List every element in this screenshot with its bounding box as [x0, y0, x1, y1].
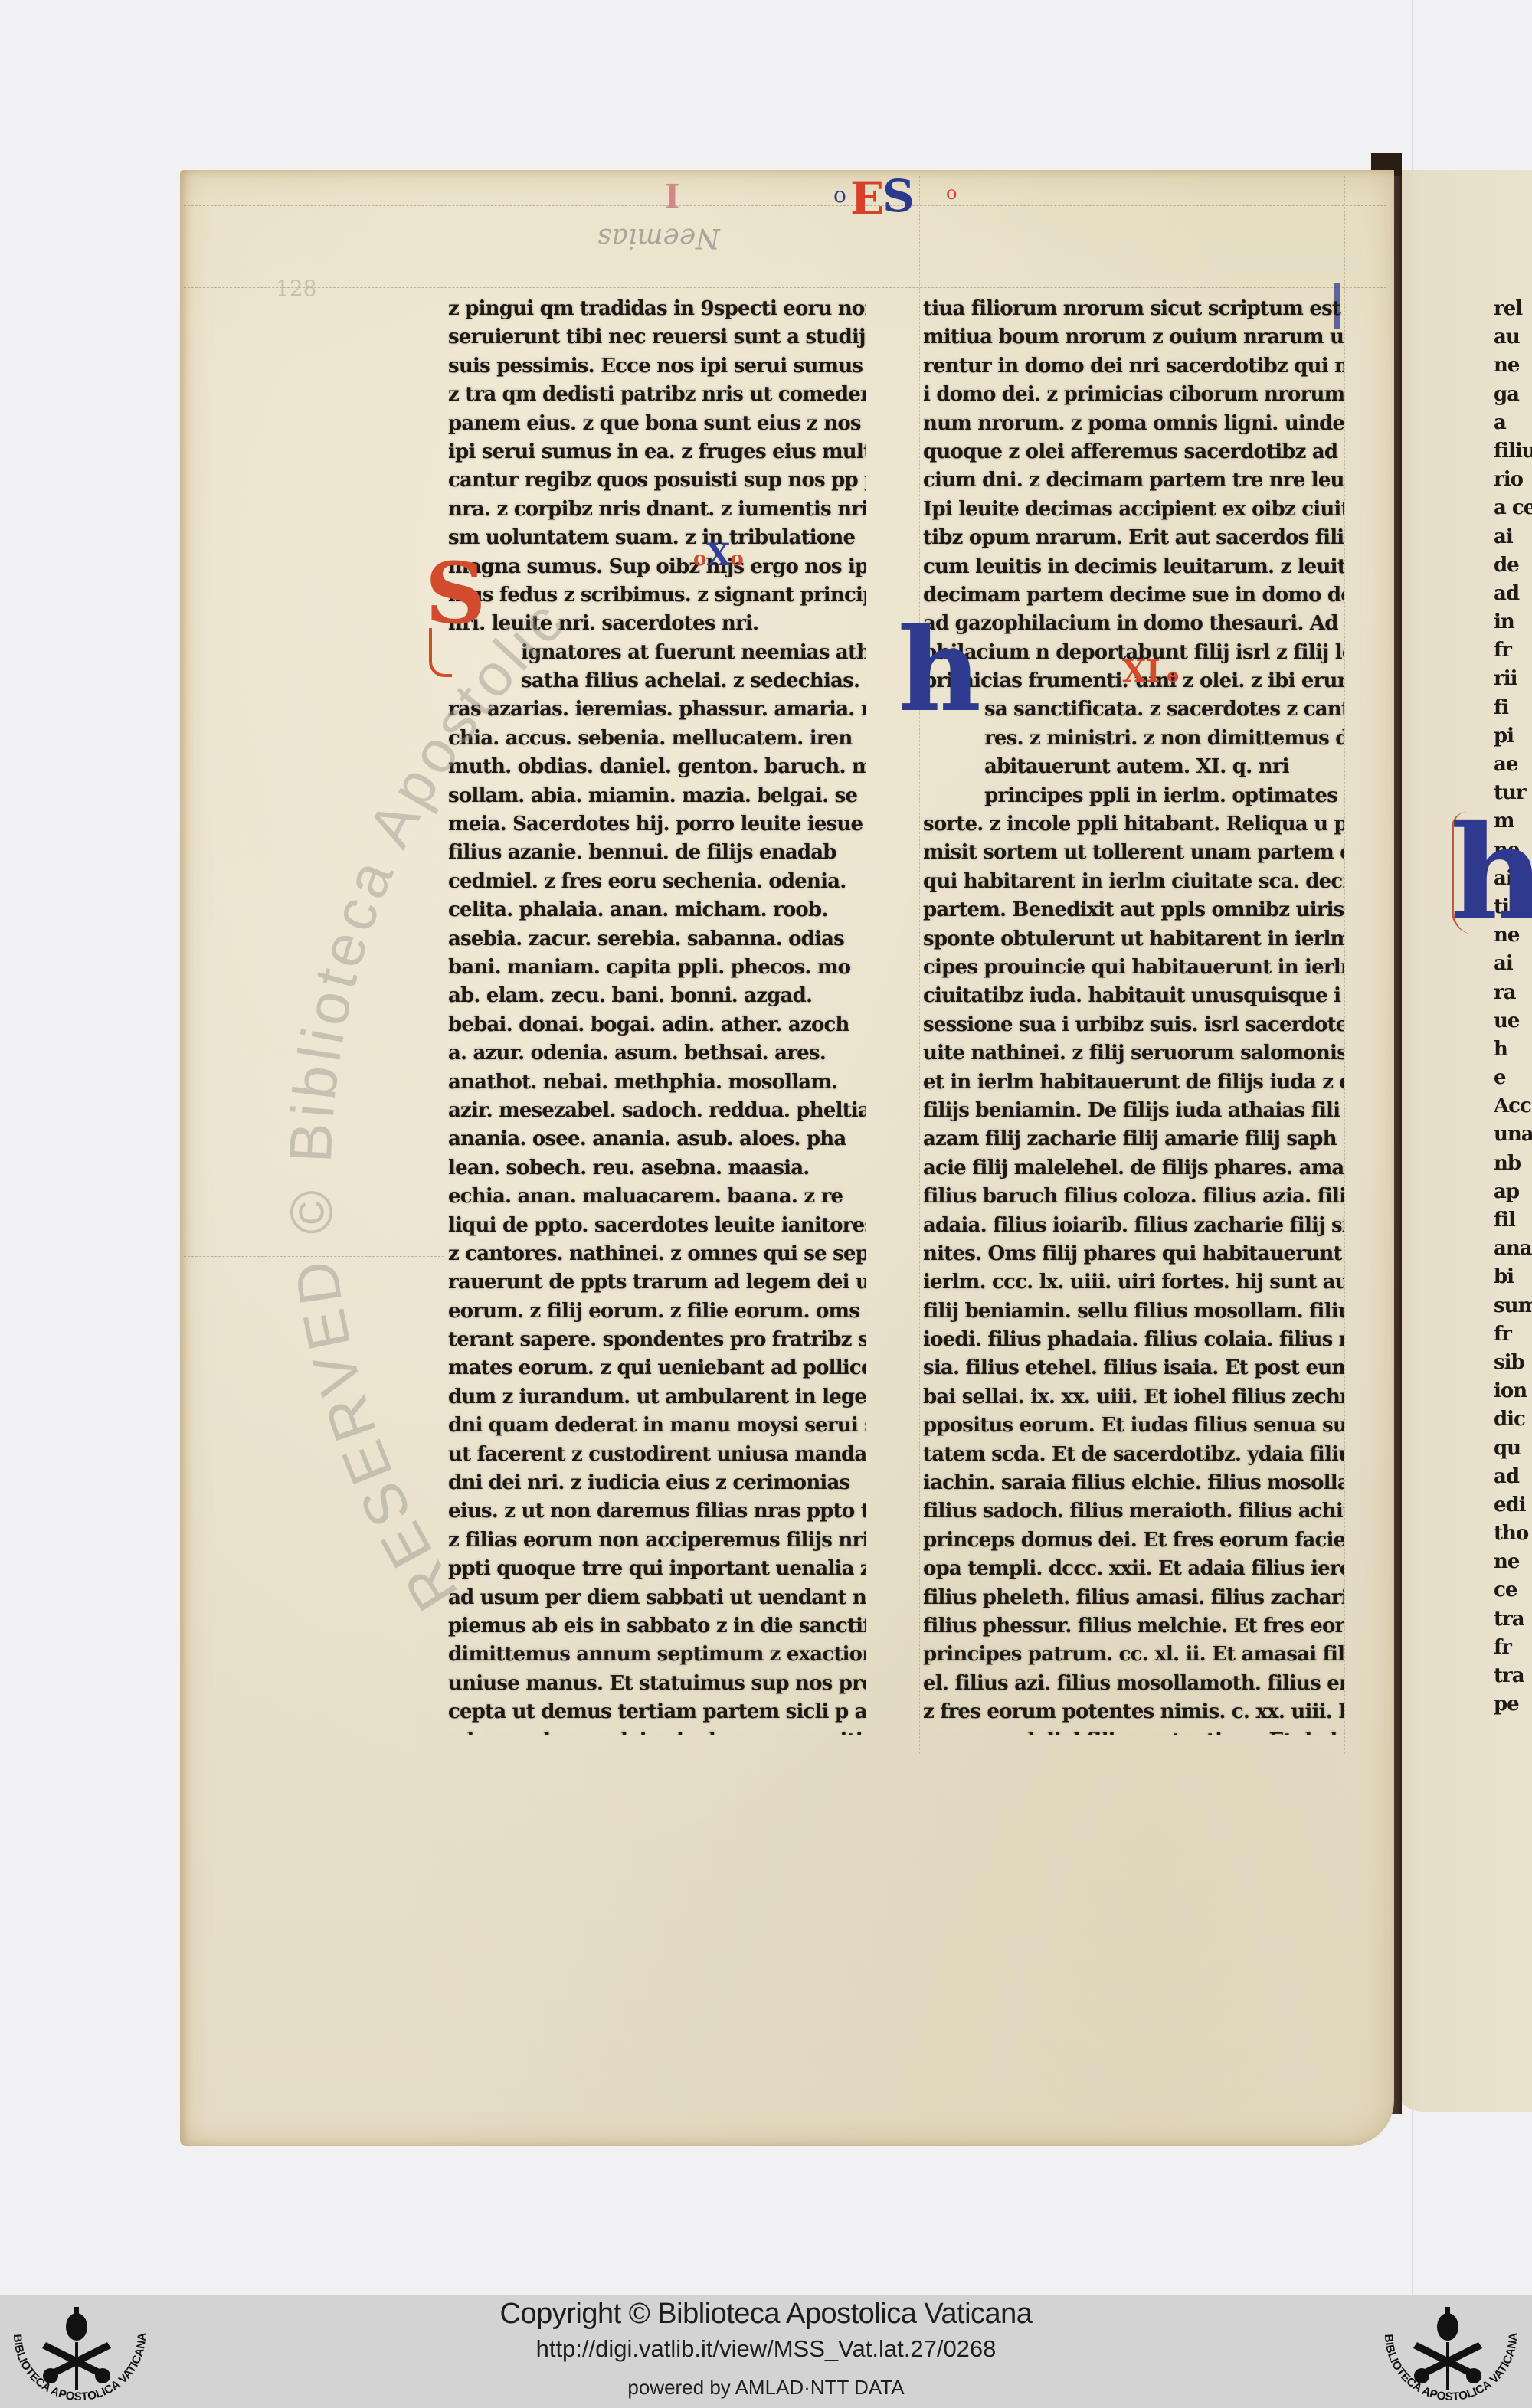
adjacent-leaf-line: ne [1494, 352, 1532, 380]
adjacent-initial-h: h [1450, 808, 1532, 938]
manuscript-line: ad opus domus dei nri ad panes pposition… [448, 1727, 866, 1735]
manuscript-line: panem eius. z que bona sunt eius z nos [448, 410, 866, 438]
running-header-letter-e: E [850, 172, 884, 224]
manuscript-line: dni quam dederat in manu moysi serui sui [448, 1412, 866, 1440]
manuscript-line: bebai. donai. bogai. adin. ather. azoch [448, 1011, 866, 1039]
adjacent-leaf-text: relaunegaafiliurioa ceaideadinfrriifipia… [1494, 295, 1532, 1719]
adjacent-leaf-line: edi [1494, 1491, 1532, 1520]
adjacent-leaf-line: tho [1494, 1520, 1532, 1548]
decorated-initial-s: S [425, 551, 486, 636]
manuscript-line: bani. maniam. capita ppli. phecos. mo [448, 954, 866, 982]
adjacent-leaf-line: fi [1494, 694, 1532, 722]
manuscript-line: bai sellai. ix. xx. uiii. Et iohel filiu… [923, 1383, 1344, 1412]
chapter-label: X [706, 537, 730, 573]
adjacent-leaf-line: in [1494, 608, 1532, 636]
svg-text:BIBLIOTECA APOSTOLICA VATICANA: BIBLIOTECA APOSTOLICA VATICANA [11, 2332, 149, 2403]
ruling-line [919, 176, 920, 1754]
ruling-line [184, 1745, 1386, 1745]
manuscript-line: filius azanie. bennui. de filijs enadab [448, 839, 866, 867]
manuscript-line: quoque z olei afferemus sacerdotibz ad g… [923, 438, 1344, 466]
manuscript-line: partem. Benedixit aut ppls omnibz uiris … [923, 896, 1344, 924]
manuscript-line: sollam. abia. miamin. mazia. belgai. se [448, 782, 866, 810]
running-header-letter-s: S [882, 170, 915, 222]
manuscript-line: mitiua boum nrorum z ouium nrarum ut off… [923, 323, 1344, 352]
adjacent-leaf-line: una [1494, 1121, 1532, 1149]
manuscript-line: misit sortem ut tollerent unam partem de… [923, 839, 1344, 867]
adjacent-leaf-line: tra [1494, 1662, 1532, 1690]
ruling-line [447, 176, 447, 1754]
manuscript-line: piemus ab eis in sabbato z in die sancti… [448, 1612, 866, 1641]
text-column-left: z pingui qm tradidas in 9specti eoru non… [448, 295, 866, 1735]
adjacent-leaf-line: ce [1494, 1576, 1532, 1605]
adjacent-leaf-line: ai [1494, 950, 1532, 978]
adjacent-leaf-line: ga [1494, 381, 1532, 409]
adjacent-leaf-line: ad [1494, 580, 1532, 608]
ornament-dot: o [693, 548, 706, 571]
manuscript-line: dum z iurandum. ut ambularent in lege [448, 1383, 866, 1412]
manuscript-line: z pingui qm tradidas in 9specti eoru non [448, 295, 866, 323]
manuscript-line: ierlm. ccc. lx. uiii. uiri fortes. hij s… [923, 1268, 1344, 1297]
svg-text:BIBLIOTECA APOSTOLICA VATICANA: BIBLIOTECA APOSTOLICA VATICANA [1382, 2332, 1520, 2403]
adjacent-leaf-line: pi [1494, 722, 1532, 751]
manuscript-line: ignatores at fuerunt neemias ather [448, 639, 866, 667]
manuscript-line: filius phessur. filius melchie. Et fres … [923, 1612, 1344, 1641]
manuscript-line: filij beniamin. sellu filius mosollam. f… [923, 1297, 1344, 1326]
adjacent-leaf-line: pe [1494, 1690, 1532, 1719]
adjacent-leaf-line: ra [1494, 979, 1532, 1007]
manuscript-line: ciuitatibz iuda. habitauit unusquisque i… [923, 982, 1344, 1010]
ruling-line [184, 1256, 444, 1257]
manuscript-line: chia. accus. sebenia. mellucatem. iren [448, 725, 866, 753]
manuscript-line: filius baruch filius coloza. filius azia… [923, 1183, 1344, 1211]
adjacent-leaf-line: rii [1494, 665, 1532, 693]
adjacent-leaf-line: fr [1494, 1320, 1532, 1349]
initial-flourish [429, 628, 452, 677]
adjacent-leaf-line: fr [1494, 636, 1532, 665]
manuscript-line: dni dei nri. z iudicia eius z cerimonias [448, 1469, 866, 1497]
manuscript-line: abitauerunt autem. XI. q. nri [923, 753, 1344, 781]
decorated-initial-h: h [898, 613, 981, 728]
manuscript-line: tibz opum nrarum. Erit aut sacerdos fili… [923, 524, 1344, 552]
adjacent-leaf-line: a ce [1494, 494, 1532, 522]
manuscript-line: et in ierlm habitauerunt de filijs iuda … [923, 1068, 1344, 1097]
manuscript-line: cepta ut demus tertiam partem sicli p an… [448, 1698, 866, 1726]
manuscript-line: tatem scda. Et de sacerdotibz. ydaia fil… [923, 1441, 1344, 1469]
adjacent-leaf-line: ap [1494, 1178, 1532, 1206]
manuscript-line: nri. leuite nri. sacerdotes nri. [448, 610, 866, 638]
manuscript-line: nra. z corpibz nris dnant. z iumentis nr… [448, 496, 866, 524]
manuscript-line: liqui de ppto. sacerdotes leuite ianitor… [448, 1212, 866, 1240]
adjacent-leaf-line: de [1494, 551, 1532, 580]
manuscript-line: celita. phalaia. anan. micham. roob. [448, 896, 866, 924]
manuscript-line: sorte. z incole ppli hitabant. Reliqua u… [923, 810, 1344, 839]
ruling-line [889, 176, 889, 2137]
adjacent-leaf-line: tra [1494, 1605, 1532, 1634]
manuscript-line: filijs beniamin. De filijs iuda athaias … [923, 1097, 1344, 1125]
manuscript-line: ppositus eorum. Et iudas filius senua su… [923, 1412, 1344, 1440]
manuscript-line: uite nathinei. z filij seruorum salomoni… [923, 1039, 1344, 1068]
manuscript-line: mates eorum. z qui ueniebant ad pollicen [448, 1354, 866, 1382]
manuscript-line: eorum. zebdiel filius potentium. Et de l… [923, 1727, 1344, 1735]
manuscript-line: cipes prouincie qui habitauerunt in ierl… [923, 954, 1344, 982]
adjacent-leaf-line: ai [1494, 523, 1532, 551]
chapter-number-x: oXo [693, 540, 744, 574]
manuscript-line: principes ppli in ierlm. optimates absq [923, 782, 1344, 810]
adjacent-leaf-line: rio [1494, 466, 1532, 494]
manuscript-line: el. filius azi. filius mosollamoth. fili… [923, 1670, 1344, 1698]
manuscript-line: mus fedus z scribimus. z signant princip… [448, 581, 866, 610]
ornament-dot: o [1160, 664, 1179, 686]
ornament-dot: o [730, 548, 743, 571]
manuscript-line: eius. z ut non daremus filias nras ppto … [448, 1497, 866, 1526]
manuscript-line: cum leuitis in decimis leuitarum. z leui… [923, 553, 1344, 581]
manuscript-line: magna sumus. Sup oibz hijs ergo nos ipi … [448, 553, 866, 581]
manuscript-line: principes patrum. cc. xl. ii. Et amasai … [923, 1641, 1344, 1669]
adjacent-leaf-line: pe [1494, 1719, 1532, 1719]
manuscript-line: rauerunt de ppts trarum ad legem dei uxo… [448, 1268, 866, 1297]
manuscript-line: cium dni. z decimam partem tre nre leuit… [923, 466, 1344, 495]
adjacent-leaf-line: rel [1494, 295, 1532, 323]
manuscript-line: satha filius achelai. z sedechias. sar [448, 667, 866, 695]
adjacent-leaf-line: ue [1494, 1007, 1532, 1036]
powered-by-text: powered by AMLAD·NTT DATA [0, 2372, 1532, 2403]
manuscript-line: sessione sua i urbibz suis. isrl sacerdo… [923, 1011, 1344, 1039]
manuscript-line: Ipi leuite decimas accipient ex oibz ciu… [923, 496, 1344, 524]
adjacent-leaf-line: bi [1494, 1263, 1532, 1291]
ruling-line [184, 287, 1386, 288]
manuscript-line: ioedi. filius phadaia. filius colaia. fi… [923, 1326, 1344, 1354]
manuscript-line: z filias eorum non acciperemus filijs nr… [448, 1526, 866, 1555]
vatican-library-logo: BIBLIOTECA APOSTOLICA VATICANA [0, 2296, 153, 2408]
manuscript-line: iachin. saraia filius elchie. filius mos… [923, 1469, 1344, 1497]
manuscript-line: asebia. zacur. serebia. sabanna. odias [448, 925, 866, 954]
manuscript-line: seruierunt tibi nec reuersi sunt a studi… [448, 323, 866, 352]
manuscript-line: nites. Oms filij phares qui habitauerunt… [923, 1240, 1344, 1268]
manuscript-line: meia. Sacerdotes hij. porro leuite iesue [448, 810, 866, 839]
chapter-label: XI [1122, 653, 1160, 689]
manuscript-line: acie filij malelehel. de filijs phares. … [923, 1154, 1344, 1183]
manuscript-line: terant sapere. spondentes pro fratribz s… [448, 1326, 866, 1354]
ruling-line [184, 895, 444, 895]
adjacent-leaf-line: sib [1494, 1349, 1532, 1377]
ruling-line [866, 176, 866, 2137]
manuscript-line: azir. mesezabel. sadoch. reddua. pheltia [448, 1097, 866, 1125]
adjacent-leaf-line: ion [1494, 1377, 1532, 1405]
manuscript-line: tiua filiorum nrorum sicut scriptum est … [923, 295, 1344, 323]
ruling-line [184, 205, 1386, 206]
manuscript-line: decimam partem decime sue in domo dei nr… [923, 581, 1344, 610]
manuscript-line: ad usum per diem sabbati ut uendant non … [448, 1584, 866, 1612]
manuscript-line: cantur regibz quos posuisti sup nos pp p… [448, 466, 866, 495]
manuscript-line: sm uoluntatem suam. z in tribulatione [448, 524, 866, 552]
manuscript-line: anathot. nebai. methphia. mosollam. [448, 1068, 866, 1097]
manuscript-line: adaia. filius ioiarib. filius zacharie f… [923, 1212, 1344, 1240]
adjacent-leaf-line: fil [1494, 1206, 1532, 1235]
manuscript-line: suis pessimis. Ecce nos ipi serui sumus … [448, 352, 866, 381]
manuscript-line: sa sanctificata. z sacerdotes z cantores… [923, 695, 1344, 724]
manuscript-line: dimittemus annum septimum z exactionem [448, 1641, 866, 1669]
manuscript-line: cedmiel. z fres eoru sechenia. odenia. [448, 868, 866, 896]
source-url[interactable]: http://digi.vatlib.it/view/MSS_Vat.lat.2… [0, 2334, 1532, 2364]
manuscript-line: res. z ministri. z non dimittemus domum … [923, 725, 1344, 753]
manuscript-line: z fres eorum potentes nimis. c. xx. uiii… [923, 1698, 1344, 1726]
adjacent-leaf-line: sum [1494, 1292, 1532, 1320]
manuscript-line: z tra qm dedisti patribz nris ut comeder… [448, 381, 866, 409]
manuscript-line: opa templi. dccc. xxii. Et adaia filius … [923, 1555, 1344, 1583]
adjacent-leaf-line: h [1494, 1036, 1532, 1064]
manuscript-line: z cantores. nathinei. z omnes qui se sep… [448, 1240, 866, 1268]
copyright-footer: Copyright © Biblioteca Apostolica Vatica… [0, 2295, 1532, 2408]
manuscript-line: i domo dei. z primicias ciborum nrorum z… [923, 381, 1344, 409]
manuscript-line: filius sadoch. filius meraioth. filius a… [923, 1497, 1344, 1526]
copyright-text: Copyright © Biblioteca Apostolica Vatica… [0, 2295, 1532, 2332]
adjacent-leaf-line: ne [1494, 1548, 1532, 1576]
folio-number: 128 [276, 276, 316, 301]
manuscript-line: sponte obtulerunt ut habitarent in ierlm… [923, 925, 1344, 954]
adjacent-leaf-line: dic [1494, 1405, 1532, 1434]
manuscript-line: ipi serui sumus in ea. z fruges eius mul… [448, 438, 866, 466]
adjacent-leaf-line: Acc [1494, 1092, 1532, 1121]
adjacent-leaf-line: ana [1494, 1235, 1532, 1263]
text-column-right: tiua filiorum nrorum sicut scriptum est … [923, 295, 1344, 1735]
manuscript-line: echia. anan. maluacarem. baana. z re [448, 1183, 866, 1211]
manuscript-line: lean. sobech. reu. asebna. maasia. [448, 1154, 866, 1183]
manuscript-line: num nrorum. z poma omnis ligni. uindemie [923, 410, 1344, 438]
manuscript-line: rentur in domo dei nri sacerdotibz qui m… [923, 352, 1344, 381]
manuscript-line: eorum. z filij eorum. z filie eorum. oms… [448, 1297, 866, 1326]
chapter-number-xi: XI o [1122, 656, 1179, 691]
running-header-book-number: I [664, 178, 680, 217]
adjacent-leaf-line: fr [1494, 1634, 1532, 1662]
header-ornament-dot: o [946, 182, 957, 204]
manuscript-line: filius pheleth. filius amasi. filius zac… [923, 1584, 1344, 1612]
adjacent-leaf-line: ae [1494, 751, 1532, 779]
pencil-annotation: Neemias [597, 222, 720, 254]
manuscript-line: ab. elam. zecu. bani. bonni. azgad. [448, 982, 866, 1010]
header-ornament-dot: o [833, 182, 846, 208]
manuscript-line: ad gazophilacium in domo thesauri. Ad ga… [923, 610, 1344, 638]
adjacent-leaf-line: filiu [1494, 437, 1532, 466]
manuscript-line: princeps domus dei. Et fres eorum facien… [923, 1526, 1344, 1555]
manuscript-line: qui habitarent in ierlm ciuitate sca. de… [923, 868, 1344, 896]
manuscript-line: a. azur. odenia. asum. bethsai. ares. [448, 1039, 866, 1068]
manuscript-line: azam filij zacharie filij amarie filij s… [923, 1125, 1344, 1153]
manuscript-line: ppti quoque trre qui inportant uenalia z… [448, 1555, 866, 1583]
adjacent-leaf-line: au [1494, 323, 1532, 352]
manuscript-line: anania. osee. anania. asub. aloes. pha [448, 1125, 866, 1153]
adjacent-leaf-line: ad [1494, 1463, 1532, 1491]
adjacent-leaf-line: e [1494, 1064, 1532, 1092]
manuscript-line: ut facerent z custodirent uniusa mandata [448, 1441, 866, 1469]
manuscript-line: ras azarias. ieremias. phassur. amaria. … [448, 695, 866, 724]
adjacent-leaf-line: nb [1494, 1150, 1532, 1178]
manuscript-line: uniuse manus. Et statuimus sup nos pre [448, 1670, 866, 1698]
ruling-line [1344, 176, 1345, 1754]
adjacent-leaf-line: a [1494, 409, 1532, 437]
manuscript-line: sia. filius etehel. filius isaia. Et pos… [923, 1354, 1344, 1382]
manuscript-line: muth. obdias. daniel. genton. baruch. mo [448, 753, 866, 781]
adjacent-leaf-line: qu [1494, 1435, 1532, 1463]
vatican-library-logo: BIBLIOTECA APOSTOLICA VATICANA [1371, 2296, 1524, 2408]
